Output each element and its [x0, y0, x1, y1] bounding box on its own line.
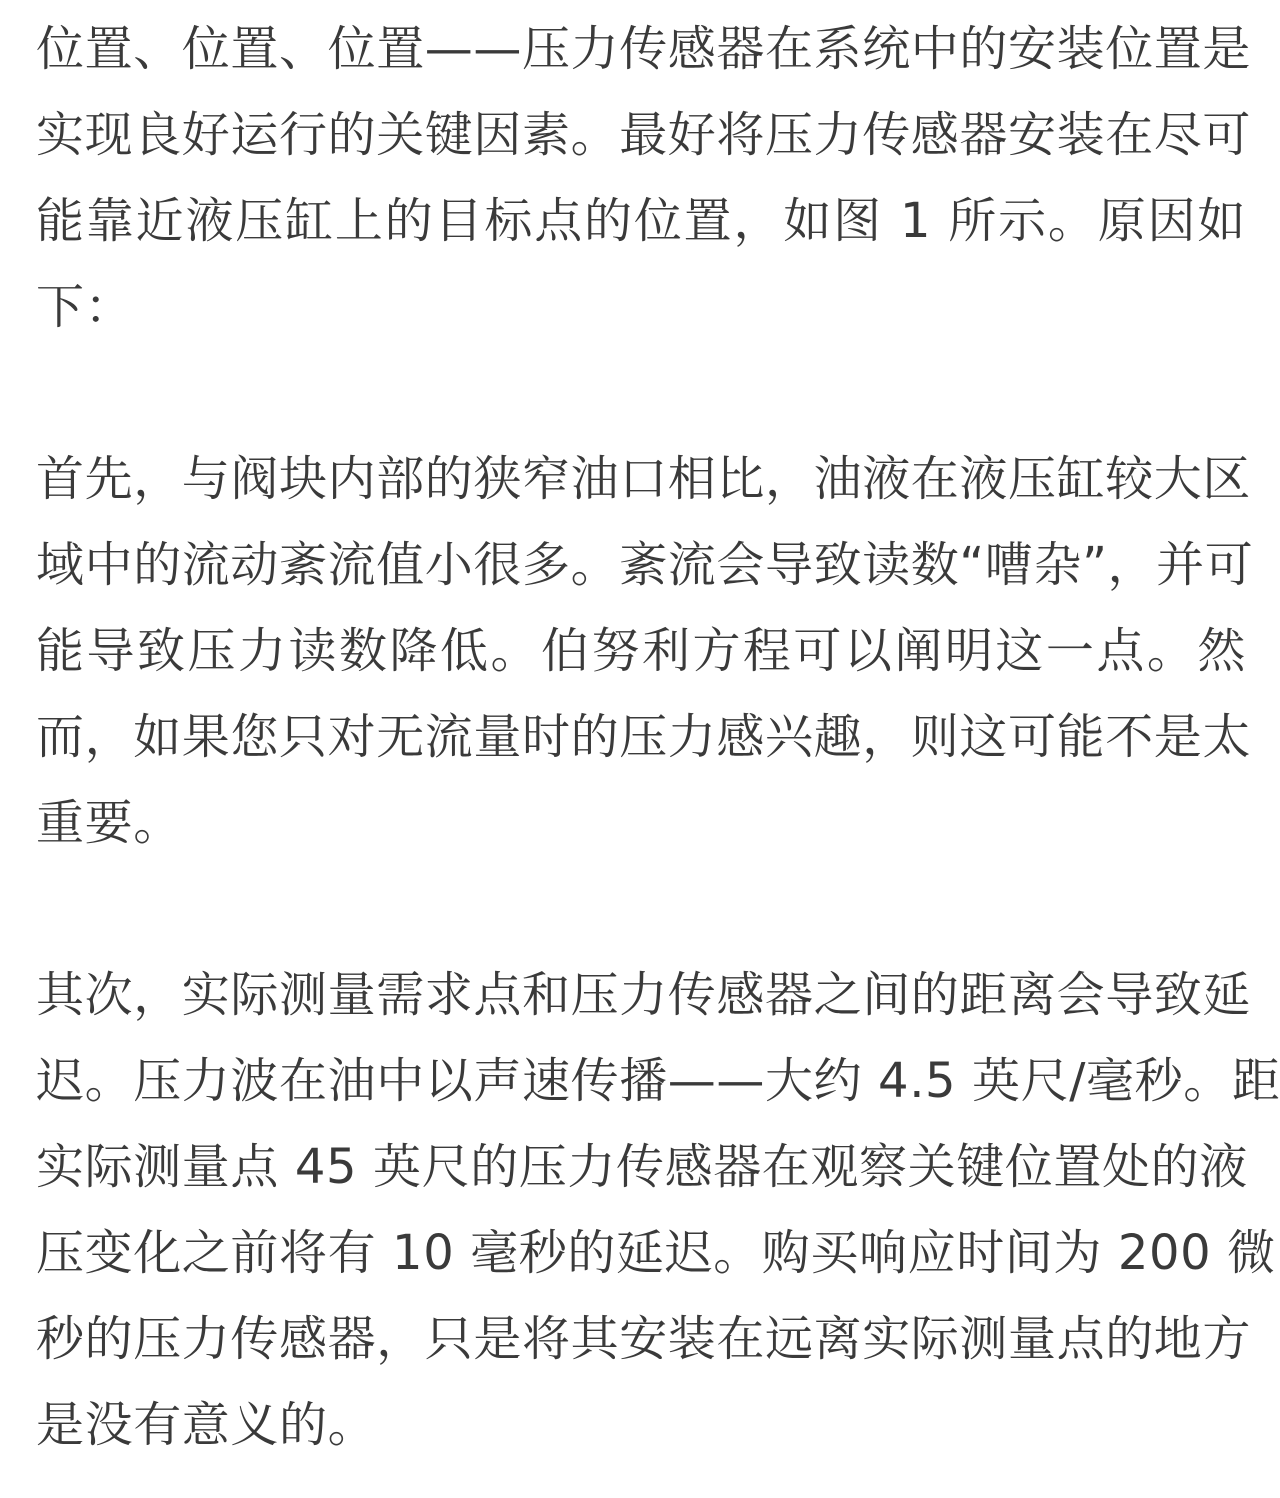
text-line: 重要。 [36, 780, 1246, 866]
text-line: 域中的流动紊流值小很多。紊流会导致读数“嘈杂”，并可 [36, 522, 1246, 608]
paragraph-intro: 位置、位置、位置——压力传感器在系统中的安装位置是 实现良好运行的关键因素。最好… [36, 0, 1246, 350]
article-body: 位置、位置、位置——压力传感器在系统中的安装位置是 实现良好运行的关键因素。最好… [36, 0, 1246, 1468]
text-line: 能靠近液压缸上的目标点的位置，如图 1 所示。原因如 [36, 178, 1246, 264]
text-line: 下： [36, 264, 1246, 350]
text-line: 实现良好运行的关键因素。最好将压力传感器安装在尽可 [36, 92, 1246, 178]
text-line: 秒的压力传感器，只是将其安装在远离实际测量点的地方 [36, 1296, 1246, 1382]
text-line: 位置、位置、位置——压力传感器在系统中的安装位置是 [36, 6, 1246, 92]
text-line: 压变化之前将有 10 毫秒的延迟。购买响应时间为 200 微 [36, 1210, 1246, 1296]
text-line: 能导致压力读数降低。伯努利方程可以阐明这一点。然 [36, 608, 1246, 694]
paragraph-second-reason: 其次，实际测量需求点和压力传感器之间的距离会导致延 迟。压力波在油中以声速传播—… [36, 952, 1246, 1468]
paragraph-spacer [36, 350, 1246, 436]
text-line: 实际测量点 45 英尺的压力传感器在观察关键位置处的液 [36, 1124, 1246, 1210]
text-line: 其次，实际测量需求点和压力传感器之间的距离会导致延 [36, 952, 1246, 1038]
text-line: 迟。压力波在油中以声速传播——大约 4.5 英尺/毫秒。距 [36, 1038, 1246, 1124]
text-line: 首先，与阀块内部的狭窄油口相比，油液在液压缸较大区 [36, 436, 1246, 522]
paragraph-first-reason: 首先，与阀块内部的狭窄油口相比，油液在液压缸较大区 域中的流动紊流值小很多。紊流… [36, 436, 1246, 866]
text-line: 而，如果您只对无流量时的压力感兴趣，则这可能不是太 [36, 694, 1246, 780]
paragraph-spacer [36, 866, 1246, 952]
text-line: 是没有意义的。 [36, 1382, 1246, 1468]
